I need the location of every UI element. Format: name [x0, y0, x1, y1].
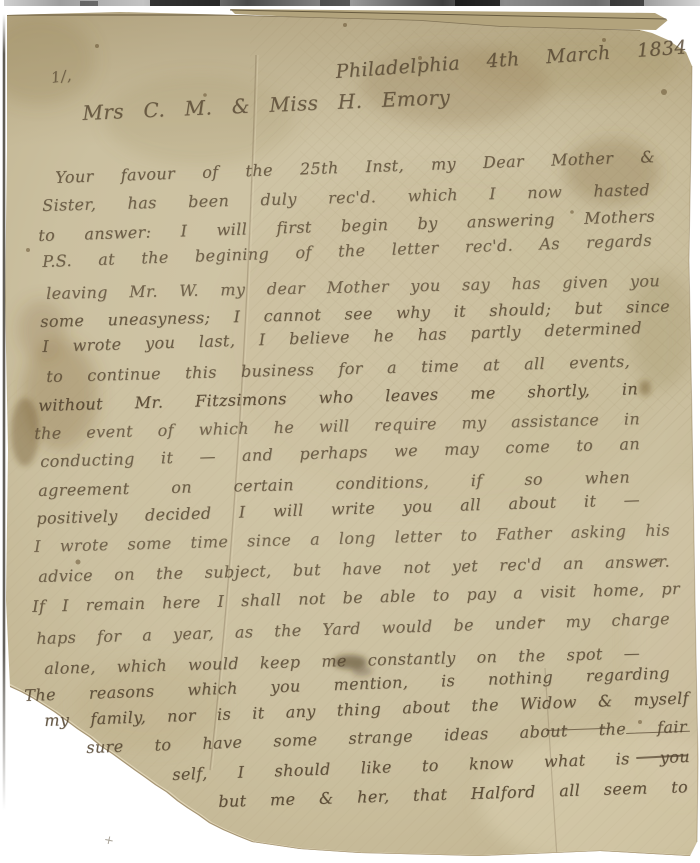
- scanner-band: [4, 0, 700, 6]
- paper-sheet: [0, 6, 700, 863]
- scanned-letter: 1/, Philadelphia 4th March 1834 Mrs C. M…: [0, 0, 700, 863]
- letter-scan-artwork: [0, 0, 700, 863]
